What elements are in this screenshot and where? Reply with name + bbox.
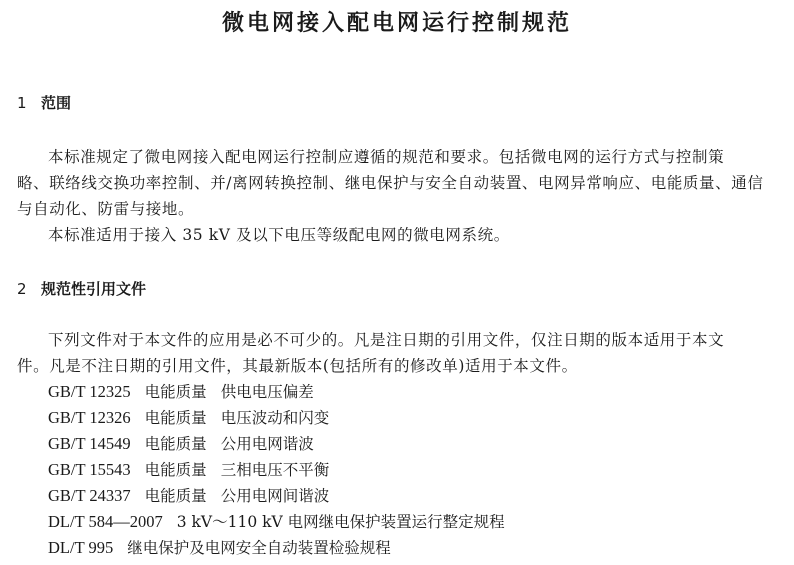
document-title: 微电网接入配电网运行控制规范 bbox=[0, 8, 794, 40]
section-1-heading: 1范围 bbox=[17, 92, 71, 114]
reference-item: GB/T 12325电能质量供电电压偏差 bbox=[48, 379, 505, 405]
reference-code: GB/T 24337 bbox=[48, 483, 145, 509]
section-title: 范围 bbox=[41, 94, 71, 112]
reference-title: 公用电网间谐波 bbox=[221, 487, 330, 505]
reference-code: GB/T 12325 bbox=[48, 379, 145, 405]
section-number: 1 bbox=[17, 92, 41, 114]
paragraph-line: 下列文件对于本文件的应用是必不可少的。凡是注日期的引用文件，仅注日期的版本适用于… bbox=[48, 327, 724, 353]
reference-title: 三相电压不平衡 bbox=[221, 461, 330, 479]
reference-item: GB/T 15543电能质量三相电压不平衡 bbox=[48, 457, 505, 483]
reference-category: 电能质量 bbox=[145, 383, 221, 401]
reference-title: 3 kV～110 kV 电网继电保护装置运行整定规程 bbox=[177, 513, 505, 531]
reference-category: 电能质量 bbox=[145, 409, 221, 427]
reference-title: 电压波动和闪变 bbox=[221, 409, 330, 427]
paragraph-line: 本标准规定了微电网接入配电网运行控制应遵循的规范和要求。包括微电网的运行方式与控… bbox=[48, 144, 724, 170]
reference-code: GB/T 12326 bbox=[48, 405, 145, 431]
section-2-heading: 2规范性引用文件 bbox=[17, 278, 146, 300]
reference-code: GB/T 14549 bbox=[48, 431, 145, 457]
reference-category: 电能质量 bbox=[145, 487, 221, 505]
reference-list: GB/T 12325电能质量供电电压偏差 GB/T 12326电能质量电压波动和… bbox=[48, 379, 505, 561]
reference-title: 公用电网谐波 bbox=[221, 435, 314, 453]
reference-item: DL/T 584—20073 kV～110 kV 电网继电保护装置运行整定规程 bbox=[48, 509, 505, 535]
reference-title: 供电电压偏差 bbox=[221, 383, 314, 401]
reference-code: GB/T 15543 bbox=[48, 457, 145, 483]
paragraph-line: 本标准适用于接入 35 kV 及以下电压等级配电网的微电网系统。 bbox=[48, 222, 510, 248]
reference-item: GB/T 12326电能质量电压波动和闪变 bbox=[48, 405, 505, 431]
reference-category: 电能质量 bbox=[145, 461, 221, 479]
paragraph-line: 与自动化、防雷与接地。 bbox=[17, 196, 194, 222]
reference-code: DL/T 995 bbox=[48, 535, 127, 561]
section-title: 规范性引用文件 bbox=[41, 280, 146, 298]
reference-title: 继电保护及电网安全自动装置检验规程 bbox=[127, 539, 391, 557]
paragraph-line: 件。凡是不注日期的引用文件，其最新版本(包括所有的修改单)适用于本文件。 bbox=[17, 353, 578, 379]
section-number: 2 bbox=[17, 278, 41, 300]
reference-category: 电能质量 bbox=[145, 435, 221, 453]
reference-item: DL/T 995继电保护及电网安全自动装置检验规程 bbox=[48, 535, 505, 561]
paragraph-line: 略、联络线交换功率控制、并/离网转换控制、继电保护与安全自动装置、电网异常响应、… bbox=[17, 170, 763, 196]
reference-item: GB/T 14549电能质量公用电网谐波 bbox=[48, 431, 505, 457]
reference-code: DL/T 584—2007 bbox=[48, 509, 177, 535]
reference-item: GB/T 24337电能质量公用电网间谐波 bbox=[48, 483, 505, 509]
